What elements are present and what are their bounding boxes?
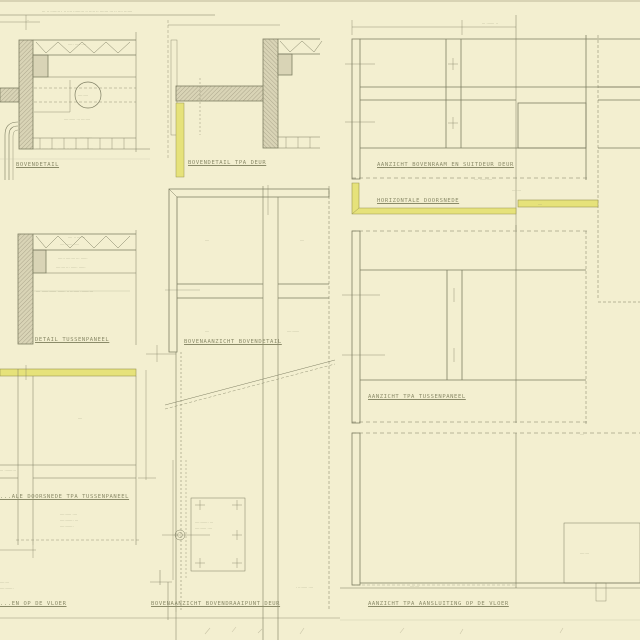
annotation: ........	[512, 188, 521, 192]
dimension-label-right: ... ....... ..	[482, 21, 498, 25]
aanzicht-bovenraam-section	[345, 15, 640, 302]
aanzicht-aansluiting-vloer-section	[340, 433, 640, 620]
annotation: ........	[580, 551, 589, 555]
annotation: ............ ...	[60, 518, 78, 522]
title-bovenaanzicht-draaipunt: Bovenaanzicht bovendraaipunt deur	[151, 601, 280, 607]
annotation: ............ ...	[195, 520, 213, 524]
annotation: ....	[580, 432, 585, 436]
annotation: ....	[205, 329, 210, 333]
annotation: ........	[410, 584, 419, 588]
annotation: ........ ... ...... ......	[56, 265, 86, 269]
title-aanzicht-tussenpaneel: Aanzicht TPA tussenpaneel	[368, 394, 466, 400]
annotation: .......... ....	[195, 526, 212, 530]
bovendetail-deur-section	[168, 20, 322, 177]
bovenaanzicht-bovendetail-section	[146, 185, 335, 640]
title-detail-tussenpaneel: Detail tussenpaneel	[35, 337, 109, 343]
title-doorsnede-tussenpaneel: ...ale doorsnede TPA tussenpaneel	[0, 494, 129, 500]
annotation: ....	[538, 202, 543, 206]
annotation: ...... ........ ... ......	[58, 256, 88, 260]
annotation: ............	[60, 524, 74, 528]
dimension-label-left: ..	[27, 18, 29, 22]
annotation: ........	[0, 580, 9, 584]
top-note: ... .. ........ . .. .... ......... .. .…	[42, 8, 133, 13]
annotation: ....	[300, 238, 305, 242]
annotation: ..... ..........	[68, 42, 86, 46]
annotation: .... ...........	[474, 177, 492, 181]
annotation: .... ............. ....... .. ........ .…	[36, 289, 93, 293]
drawing-sheet: ... .. ........ . .. .... ......... .. .…	[0, 0, 640, 640]
annotation: ...........	[80, 135, 93, 139]
annotation: . ........ ....	[296, 585, 313, 589]
title-aansluiting-vloer-left: ...en op de vloer	[0, 601, 67, 607]
annotation: ...........	[287, 329, 300, 333]
annotation: .......... ... ........	[64, 117, 90, 121]
annotation: ... ..........	[0, 468, 16, 472]
annotation: ............	[0, 586, 14, 590]
title-aanzicht-aansluiting-vloer: Aanzicht TPA aansluiting op de vloer	[368, 601, 509, 607]
annotation: .........	[78, 93, 88, 97]
doorsnede-tussenpaneel-section	[0, 365, 340, 618]
annotation: .... ............. ....... .. ........ .…	[36, 146, 93, 150]
title-horizontale-doorsnede: Horizontale doorsnede	[377, 198, 459, 204]
annotation: ....	[205, 238, 210, 242]
title-bovenaanzicht-bovendetail: Bovenaanzicht bovendetail	[184, 339, 282, 345]
detail-tussenpaneel-section	[18, 230, 136, 345]
title-bovendetail: Bovendetail	[16, 162, 59, 168]
annotation: ....	[78, 416, 83, 420]
annotation: .......... ....	[60, 512, 77, 516]
technical-drawing	[0, 0, 640, 640]
annotation: .... .. .......	[68, 235, 85, 239]
title-aanzicht-bovenraam: Aanzicht bovenraam en suitdeur deur	[377, 162, 514, 168]
title-bovendetail-tpa-deur: Bovendetail TPA deur	[188, 160, 266, 166]
annotation: ..... ...........	[60, 242, 79, 246]
